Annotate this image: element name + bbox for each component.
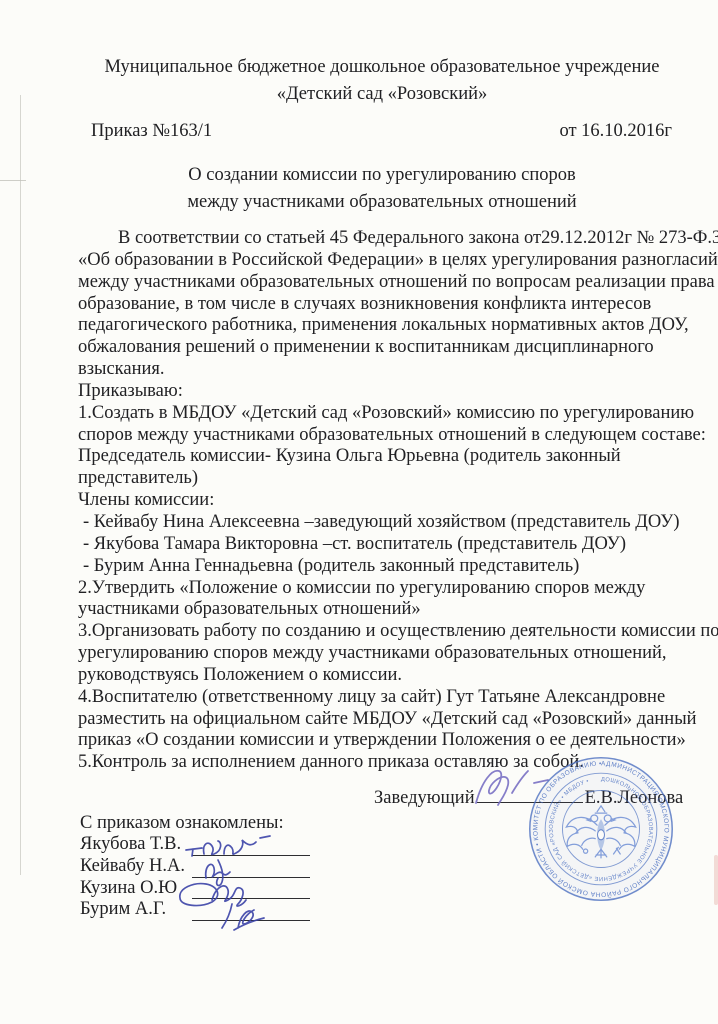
signature-line [192, 838, 310, 856]
acknowledgement-row: Кузина О.Ю [80, 878, 340, 900]
document-line: 2.Утвердить «Положение о комиссии по уре… [78, 578, 718, 600]
document-line: урегулированию споров между участниками … [78, 643, 718, 665]
director-label: Заведующий [374, 788, 475, 808]
stamp-rings [530, 758, 672, 900]
stamp-background [530, 758, 672, 900]
svg-text:АДМИНИСТРАЦИЯ ОМСКОГО МУНИЦИПА: АДМИНИСТРАЦИЯ ОМСКОГО МУНИЦИПАЛЬНОГО РАЙ… [532, 760, 669, 899]
document-line: - Якубова Тамара Викторовна –ст. воспита… [78, 534, 718, 556]
order-number-row: Приказ №163/1 от 16.10.2016г [0, 120, 718, 144]
signer-name: Кузина О.Ю [80, 878, 192, 900]
signature-line [192, 860, 310, 878]
order-number: Приказ №163/1 [91, 120, 212, 142]
scan-smudge [714, 855, 718, 905]
document-line: В соответствии со статьей 45 Федеральног… [78, 228, 718, 250]
acknowledgement-rows: Якубова Т.В.Кейвабу Н.А.Кузина О.ЮБурим … [80, 834, 340, 921]
organization-name-line2: «Детский сад «Розовский» [62, 83, 702, 105]
document-line: между участниками образовательных отноше… [78, 272, 718, 294]
document-line: - Кейвабу Нина Алексеевна –заведующий хо… [78, 512, 718, 534]
document-line: участниками образовательных отношений» [78, 599, 718, 621]
signature-line [192, 903, 310, 921]
organization-name-line1: Муниципальное бюджетное дошкольное образ… [62, 56, 702, 78]
document-line: обжалования решений о применении к воспи… [78, 337, 718, 359]
order-subject-line1: О создании комиссии по урегулированию сп… [62, 164, 702, 186]
stamp-outer-ring-text: АДМИНИСТРАЦИЯ ОМСКОГО МУНИЦИПАЛЬНОГО РАЙ… [532, 760, 669, 899]
document-line: 3.Организовать работу по созданию и осущ… [78, 621, 718, 643]
acknowledgement-row: Кейвабу Н.А. [80, 856, 340, 878]
signer-name: Бурим А.Г. [80, 899, 192, 921]
document-line: 4.Воспитателю (ответственному лицу за са… [78, 687, 718, 709]
signer-name: Кейвабу Н.А. [80, 856, 192, 878]
document-line: - Бурим Анна Геннадьевна (родитель закон… [78, 556, 718, 578]
double-headed-eagle-emblem [566, 806, 635, 858]
scanned-order-document: Муниципальное бюджетное дошкольное образ… [0, 0, 718, 1024]
document-body: В соответствии со статьей 45 Федеральног… [78, 228, 718, 774]
document-line: 5.Контроль за исполнением данного приказ… [78, 752, 718, 774]
document-line: Председатель комиссии- Кузина Ольга Юрье… [78, 446, 718, 468]
signer-name: Якубова Т.В. [80, 834, 192, 856]
document-line: разместить на официальном сайте МБДОУ «Д… [78, 709, 718, 731]
document-line: взыскания. [78, 359, 718, 381]
document-line: 1.Создать в МБДОУ «Детский сад «Розовски… [78, 403, 718, 425]
document-line: представитель) [78, 468, 718, 490]
official-stamp: АДМИНИСТРАЦИЯ ОМСКОГО МУНИЦИПАЛЬНОГО РАЙ… [524, 752, 678, 906]
document-line: руководствуясь Положением о комиссии. [78, 665, 718, 687]
document-line: Члены комиссии: [78, 490, 718, 512]
scan-edge-line [20, 95, 21, 875]
signature-line [192, 881, 310, 899]
director-signature-row: ЗаведующийЕ.В.Леонова [374, 787, 683, 809]
document-line: образование, в том числе в случаях возни… [78, 294, 718, 316]
acknowledgement-row: Якубова Т.В. [80, 834, 340, 856]
order-subject-line2: между участниками образовательных отноше… [62, 191, 702, 213]
order-date: от 16.10.2016г [559, 120, 672, 142]
document-line: споров между участниками образовательных… [78, 425, 718, 447]
director-name: Е.В.Леонова [585, 788, 684, 808]
scan-edge-tick [0, 180, 26, 181]
document-line: педагогического работника, применения ло… [78, 315, 718, 337]
document-line: «Об образовании в Российской Федерации» … [78, 250, 718, 272]
director-signature-line [477, 787, 583, 803]
acknowledgement-heading: С приказом ознакомлены: [80, 812, 284, 834]
acknowledgement-row: Бурим А.Г. [80, 899, 340, 921]
document-line: приказ «О создании комиссии и утверждени… [78, 730, 718, 752]
document-line: Приказываю: [78, 381, 718, 403]
